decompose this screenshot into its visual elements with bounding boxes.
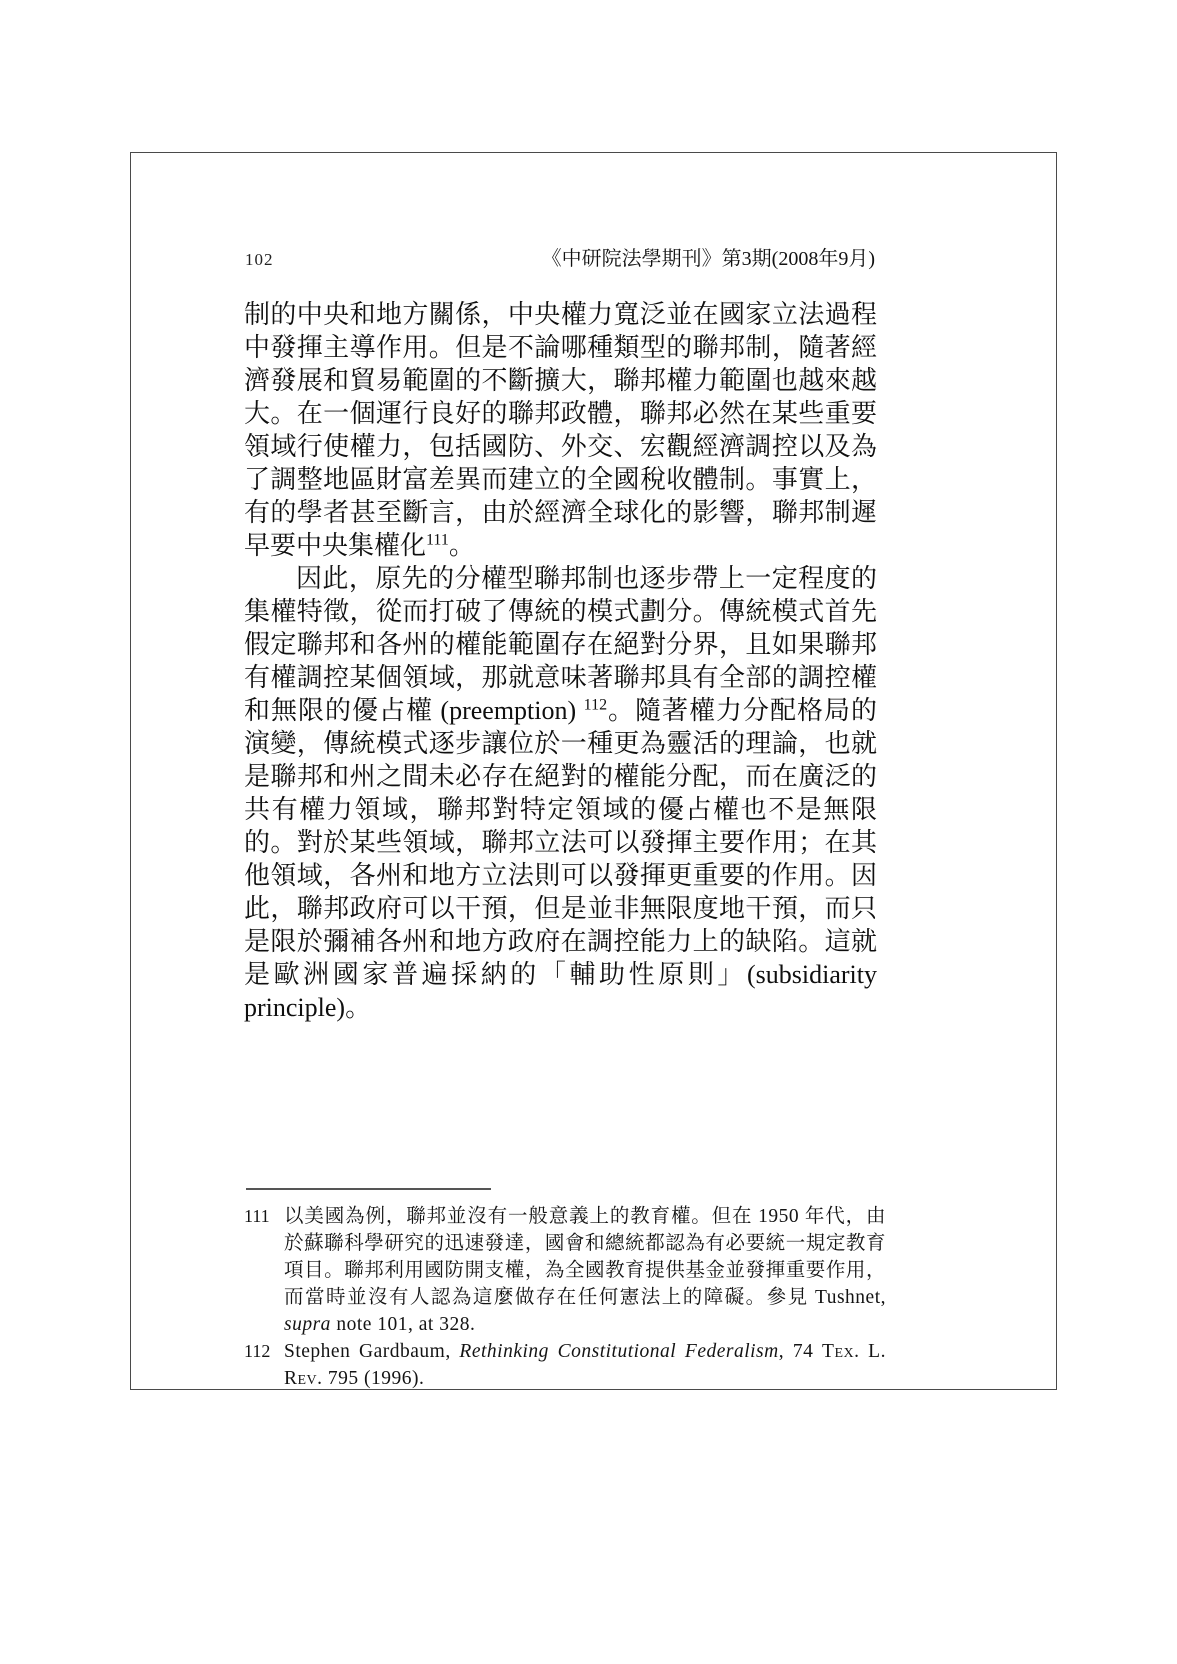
paragraph-1-period: 。 [449, 531, 475, 560]
paragraph-2: 因此，原先的分權型聯邦制也逐步帶上一定程度的集權特徵，從而打破了傳統的模式劃分。… [244, 562, 877, 1024]
footnote-112-number: 112 [244, 1338, 284, 1365]
footnote-112: 112 Stephen Gardbaum, Rethinking Constit… [244, 1338, 886, 1392]
footnote-ref-111: 111 [426, 531, 449, 548]
paragraph-1: 制的中央和地方關係，中央權力寬泛並在國家立法過程中發揮主導作用。但是不論哪種類型… [244, 298, 877, 562]
footnote-111-text-2: note 101, at 328. [331, 1314, 475, 1335]
footnote-112-text-2: , 74 [779, 1341, 822, 1362]
footnote-separator [246, 1188, 491, 1190]
footnotes-section: 111 以美國為例，聯邦並沒有一般意義上的教育權。但在 1950 年代，由於蘇聯… [244, 1203, 886, 1392]
page-header: 102 《中研院法學期刊》第3期(2008年9月) [245, 242, 875, 271]
footnote-111-text-1: 以美國為例，聯邦並沒有一般意義上的教育權。但在 1950 年代，由於蘇聯科學研究… [284, 1206, 886, 1308]
footnote-112-text-1: Stephen Gardbaum, [284, 1341, 459, 1362]
footnote-111-text: 以美國為例，聯邦並沒有一般意義上的教育權。但在 1950 年代，由於蘇聯科學研究… [284, 1203, 886, 1338]
footnote-ref-112: 112 [584, 696, 607, 713]
footnote-112-italic: Rethinking Constitutional Federalism [459, 1341, 778, 1362]
paragraph-1-text: 制的中央和地方關係，中央權力寬泛並在國家立法過程中發揮主導作用。但是不論哪種類型… [244, 300, 877, 560]
footnote-111-number: 111 [244, 1203, 284, 1230]
footnote-112-text-3: 795 (1996). [323, 1368, 425, 1389]
page-number: 102 [245, 250, 274, 270]
paragraph-2-text-2: 。隨著權力分配格局的演變，傳統模式逐步讓位於一種更為靈活的理論，也就是聯邦和州之… [244, 696, 877, 1022]
journal-header: 《中研院法學期刊》第3期(2008年9月) [542, 242, 875, 271]
footnote-112-text: Stephen Gardbaum, Rethinking Constitutio… [284, 1338, 886, 1392]
document-page: 102 《中研院法學期刊》第3期(2008年9月) 制的中央和地方關係，中央權力… [0, 0, 1177, 1664]
main-text: 制的中央和地方關係，中央權力寬泛並在國家立法過程中發揮主導作用。但是不論哪種類型… [244, 298, 877, 1024]
footnote-111-italic: supra [284, 1314, 331, 1335]
footnote-111: 111 以美國為例，聯邦並沒有一般意義上的教育權。但在 1950 年代，由於蘇聯… [244, 1203, 886, 1338]
